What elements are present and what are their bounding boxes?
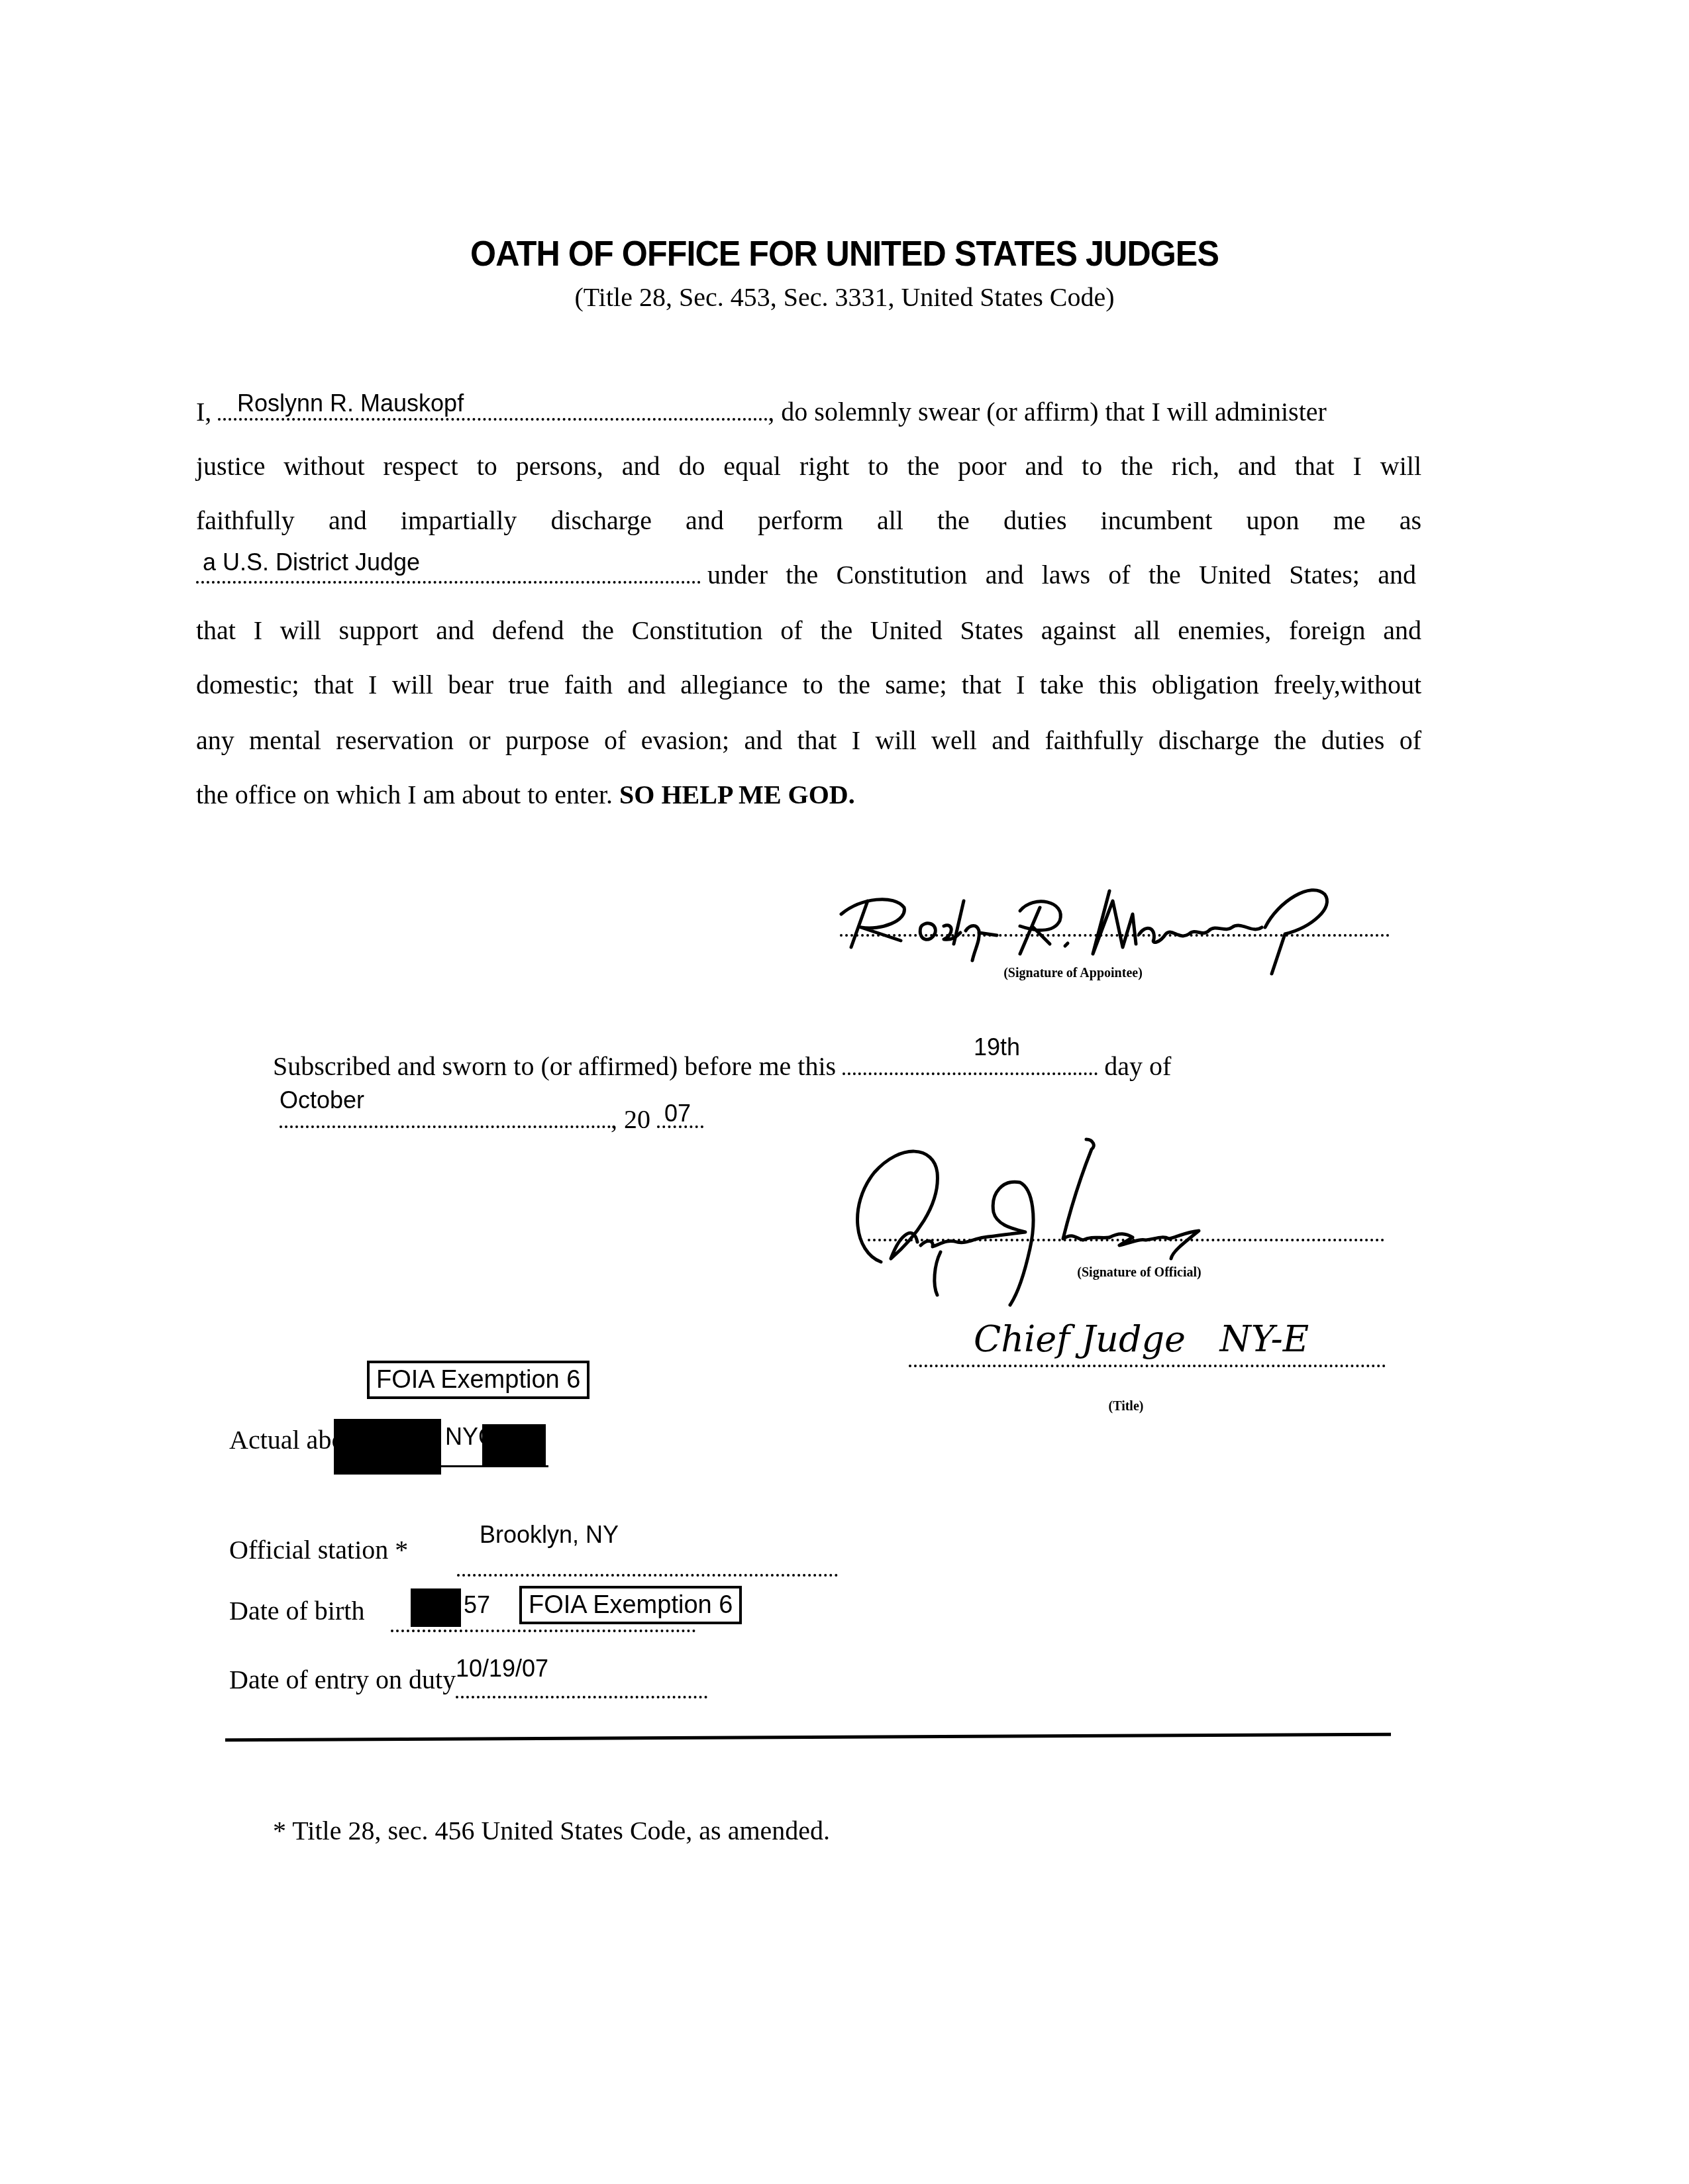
oath-line-5: that I will support and defend the Const… xyxy=(196,615,1421,647)
foia-exemption-label-dob: FOIA Exemption 6 xyxy=(519,1586,742,1624)
station-label: Official station * xyxy=(229,1534,408,1565)
official-signature-caption: (Signature of Official) xyxy=(1033,1265,1245,1280)
appointee-name-value: Roslynn R. Mauskopf xyxy=(237,390,464,417)
subscription-line: Subscribed and sworn to (or affirmed) be… xyxy=(273,1051,1300,1082)
dob-visible-year: 57 xyxy=(464,1591,490,1619)
entry-date-label: Date of entry on duty xyxy=(229,1664,456,1695)
redaction-dob xyxy=(411,1588,461,1627)
oath-line-3: faithfully and impartially discharge and… xyxy=(196,505,1421,537)
station-dots xyxy=(457,1554,838,1577)
station-line xyxy=(457,1554,838,1580)
entry-date-value: 10/19/07 xyxy=(456,1655,548,1683)
dob-label: Date of birth xyxy=(229,1595,364,1626)
office-value: a U.S. District Judge xyxy=(203,548,420,576)
month-value: October xyxy=(280,1086,364,1114)
day-value: 19th xyxy=(974,1033,1020,1061)
subscription-prefix: Subscribed and sworn to (or affirmed) be… xyxy=(273,1051,836,1081)
document-subtitle: (Title 28, Sec. 453, Sec. 3331, United S… xyxy=(0,282,1689,313)
oath-line-1-suffix: , do solemnly swear (or affirm) that I w… xyxy=(768,397,1327,427)
redaction-abode-2 xyxy=(482,1424,546,1465)
oath-line-8-text: the office on which I am about to enter. xyxy=(196,780,613,809)
so-help-me-god: SO HELP ME GOD. xyxy=(619,780,855,809)
year-value: 07 xyxy=(664,1100,691,1127)
foia-exemption-label-abode: FOIA Exemption 6 xyxy=(367,1361,589,1399)
official-title-handwritten: Chief Judge NY-E xyxy=(974,1318,1309,1360)
oath-line-4-suffix: under the Constitution and laws of the U… xyxy=(707,559,1416,591)
appointee-signature xyxy=(821,861,1384,980)
redaction-abode-1 xyxy=(334,1419,441,1475)
separator-rule xyxy=(225,1733,1391,1742)
year-prefix: , 20 xyxy=(611,1104,650,1134)
day-field xyxy=(843,1053,1098,1075)
footnote: * Title 28, sec. 456 United States Code,… xyxy=(273,1815,830,1846)
oath-line-7: any mental reservation or purpose of eva… xyxy=(196,725,1421,756)
oath-prefix: I, xyxy=(196,397,211,427)
oath-line-2: justice without respect to persons, and … xyxy=(196,450,1421,482)
document-title: OATH OF OFFICE FOR UNITED STATES JUDGES xyxy=(59,233,1630,274)
station-value: Brooklyn, NY xyxy=(480,1521,619,1549)
oath-line-8: the office on which I am about to enter.… xyxy=(196,779,1421,811)
subscription-day-suffix: day of xyxy=(1104,1051,1171,1081)
official-signature xyxy=(841,1126,1437,1312)
oath-line-6: domestic; that I will bear true faith an… xyxy=(196,669,1421,701)
abode-underline xyxy=(441,1465,548,1467)
official-title-caption: (Title) xyxy=(1086,1399,1166,1414)
appointee-signature-caption: (Signature of Appointee) xyxy=(941,966,1205,981)
